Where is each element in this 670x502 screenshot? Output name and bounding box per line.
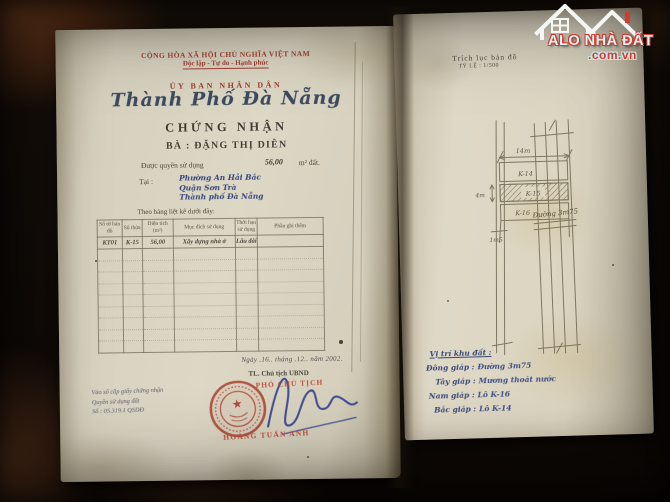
col-notes: Phần ghi thêm — [257, 217, 323, 235]
address-city: Thành phố Đà Nẵng — [179, 191, 319, 202]
col-purpose: Mục đích sử dụng — [173, 218, 235, 236]
location-heading: Vị trí khu đất : — [424, 346, 555, 359]
certificate-title: CHỨNG NHẬN — [56, 118, 396, 137]
boundary-west-label: Tây giáp : — [435, 376, 476, 386]
col-area: Diện tích (m²) — [142, 219, 173, 236]
col-plot-number: Số thửa — [122, 220, 142, 237]
cell-purpose: Xây dựng nhà ở — [173, 235, 235, 248]
plot-k15-label: K-15 — [525, 190, 541, 198]
boundary-east-label: Đông giáp : — [426, 362, 475, 372]
holder-name: BÀ : ĐẶNG THỊ DIÊN — [57, 138, 397, 153]
grant-label: Được quyền sử dụng — [141, 160, 204, 170]
boundary-south: Nam giáp :Lô K-16 — [426, 389, 557, 401]
watermark-brand-text: ALO NHÀ ĐẤT — [548, 33, 653, 49]
map-scale: TỶ LỆ : 1/500 — [459, 63, 500, 70]
address-handwritten: Phường An Hải Bắc Quận Sơn Trà Thành phố… — [179, 172, 319, 202]
land-parcel-table: Số tờ bản đồ Số thửa Diện tích (m²) Mục … — [97, 217, 326, 353]
boundary-north-label: Bắc giáp : — [434, 404, 476, 414]
plot-k16-label: K-16 — [514, 209, 530, 217]
boundary-north-value: Lô K-14 — [479, 403, 512, 413]
photo-of-land-certificate: CỘNG HÒA XÃ HỘI CHỦ NGHĨA VIỆT NAM Độc l… — [0, 0, 670, 502]
table-intro: Theo bảng liệt kê dưới đây: — [137, 207, 214, 216]
dimension-1m5-label: 1m5 — [489, 237, 503, 244]
col-map-sheet: Số tờ bản đồ — [97, 220, 122, 237]
location-boundaries-block: Vị trí khu đất : Đông giáp :Đường 3m75 T… — [424, 346, 556, 415]
boundary-west-value: Mương thoát nước — [479, 374, 557, 385]
cell-map-sheet: KT01 — [97, 237, 122, 249]
boundary-west: Tây giáp :Mương thoát nước — [425, 375, 556, 387]
map-extract-right-page: Trích lục bản đồ TỶ LỆ : 1/500 — [393, 8, 654, 441]
alo-nha-dat-watermark: ALO NHÀ ĐẤT .com.vn — [532, 0, 670, 66]
boundary-north: Bắc giáp :Lô K-14 — [426, 403, 557, 415]
cell-duration: Lâu dài — [235, 235, 257, 247]
col-duration: Thời hạn sử dụng — [235, 218, 257, 235]
boundary-east-value: Đường 3m75 — [477, 361, 531, 372]
road-line — [534, 124, 543, 354]
boundary-south-value: Lô K-16 — [477, 389, 510, 399]
boundary-east: Đông giáp :Đường 3m75 — [425, 361, 556, 373]
cell-area: 56,00 — [142, 236, 173, 248]
watermark-domain-suffix: .com.vn — [588, 48, 637, 62]
plot-sketch-diagram: 14m K-14 K-15 K-16 4m 1m5 Đường 3m75 — [446, 103, 633, 358]
grant-area-unit: m² đất. — [299, 158, 320, 167]
cell-notes — [257, 234, 323, 247]
paper-specks — [95, 260, 97, 262]
stamp-star-icon: ★ — [231, 396, 244, 411]
plot-k14-label: K-14 — [517, 170, 533, 178]
dimension-14m-label: 14m — [516, 147, 531, 155]
certificate-left-page: CỘNG HÒA XÃ HỘI CHỦ NGHĨA VIỆT NAM Độc l… — [55, 26, 400, 482]
grant-area-value: 56,00 — [265, 157, 283, 166]
boundary-south-label: Nam giáp : — [429, 390, 475, 400]
address-label: Tại : — [139, 177, 153, 186]
map-title: Trích lục bản đồ — [452, 52, 517, 63]
dimension-4m-label: 4m — [474, 192, 485, 199]
cell-plot-number: K-15 — [122, 237, 142, 249]
issuer-city-script: Thành Phố Đà Nẵng — [56, 86, 396, 112]
road-line — [545, 122, 554, 353]
chimney-icon — [625, 12, 630, 23]
